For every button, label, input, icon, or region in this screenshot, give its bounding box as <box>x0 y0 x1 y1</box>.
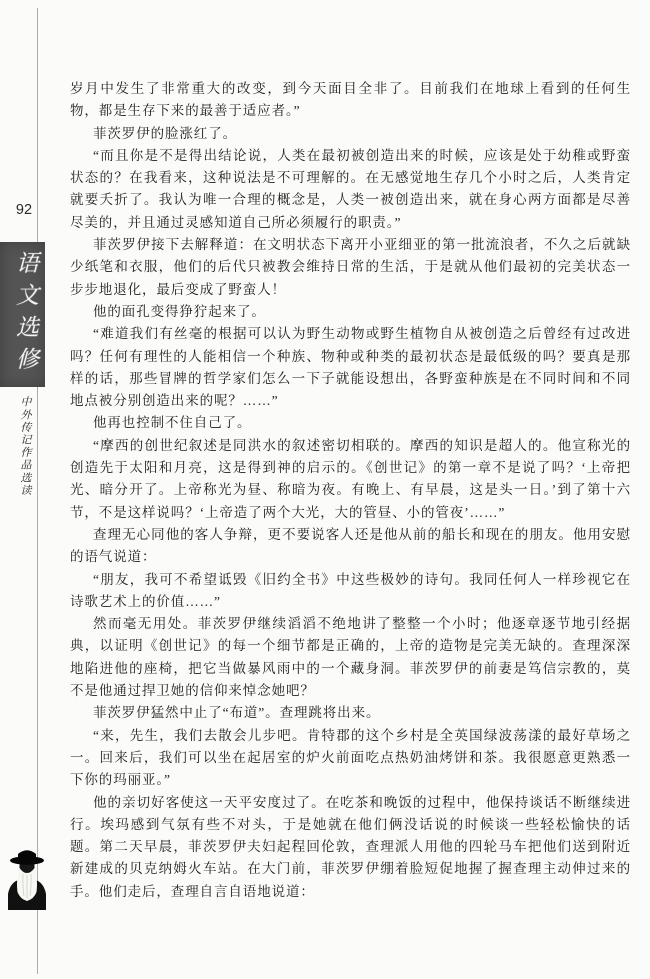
paragraph: 菲茨罗伊猛然中止了“布道”。查理跳将出来。 <box>70 702 631 724</box>
series-title: 语文选修 <box>14 251 37 379</box>
paragraph: “难道我们有丝毫的根据可以认为野生动物或野生植物自从被创造之后曾经有过改进吗？任… <box>70 323 631 412</box>
paragraph: 菲茨罗伊的脸涨红了。 <box>70 123 631 145</box>
paragraph: 岁月中发生了非常重大的改变，到今天面目全非了。目前我们在地球上看到的任何生物，都… <box>70 78 631 123</box>
paragraph: 他的面孔变得狰狞起来了。 <box>70 301 631 323</box>
darwin-silhouette-icon <box>7 848 47 910</box>
page-number: 92 <box>12 202 36 218</box>
paragraph: 他再也控制不住自己了。 <box>70 412 631 434</box>
paragraph: “来，先生，我们去散会儿步吧。肯特郡的这个乡村是全英国绿波荡漾的最好草场之一。回… <box>70 725 631 792</box>
paragraph: 然而毫无用处。菲茨罗伊继续滔滔不绝地讲了整整一个小时；他逐章逐节地引经据典，以证… <box>70 613 631 702</box>
series-title-box: 语文选修 <box>0 242 45 387</box>
paragraph: 菲茨罗伊接下去解释道：在文明状态下离开小亚细亚的第一批流浪者，不久之后就缺少纸笔… <box>70 234 631 301</box>
paragraph: 查理无心同他的客人争辩，更不要说客人还是他从前的船长和现在的朋友。他用安慰的语气… <box>70 524 631 569</box>
series-subtitle: 中外传记作品选读 <box>19 396 30 497</box>
book-page: { "page": { "number": "92", "series_titl… <box>0 0 650 979</box>
sidebar-divider-rule <box>37 8 38 974</box>
paragraph: “摩西的创世纪叙述是同洪水的叙述密切相联的。摩西的知识是超人的。他宣称光的创造先… <box>70 435 631 524</box>
paragraph: 他的亲切好客使这一天平安度过了。在吃茶和晚饭的过程中，他保持谈话不断继续进行。埃… <box>70 792 631 903</box>
paragraph: “而且你是不是得出结论说，人类在最初被创造出来的时候，应该是处于幼稚或野蛮状态的… <box>70 145 631 234</box>
body-text: 岁月中发生了非常重大的改变，到今天面目全非了。目前我们在地球上看到的任何生物，都… <box>70 78 631 903</box>
paragraph: “朋友，我可不希望诋毁《旧约全书》中这些极妙的诗句。我同任何人一样珍视它在诗歌艺… <box>70 569 631 614</box>
